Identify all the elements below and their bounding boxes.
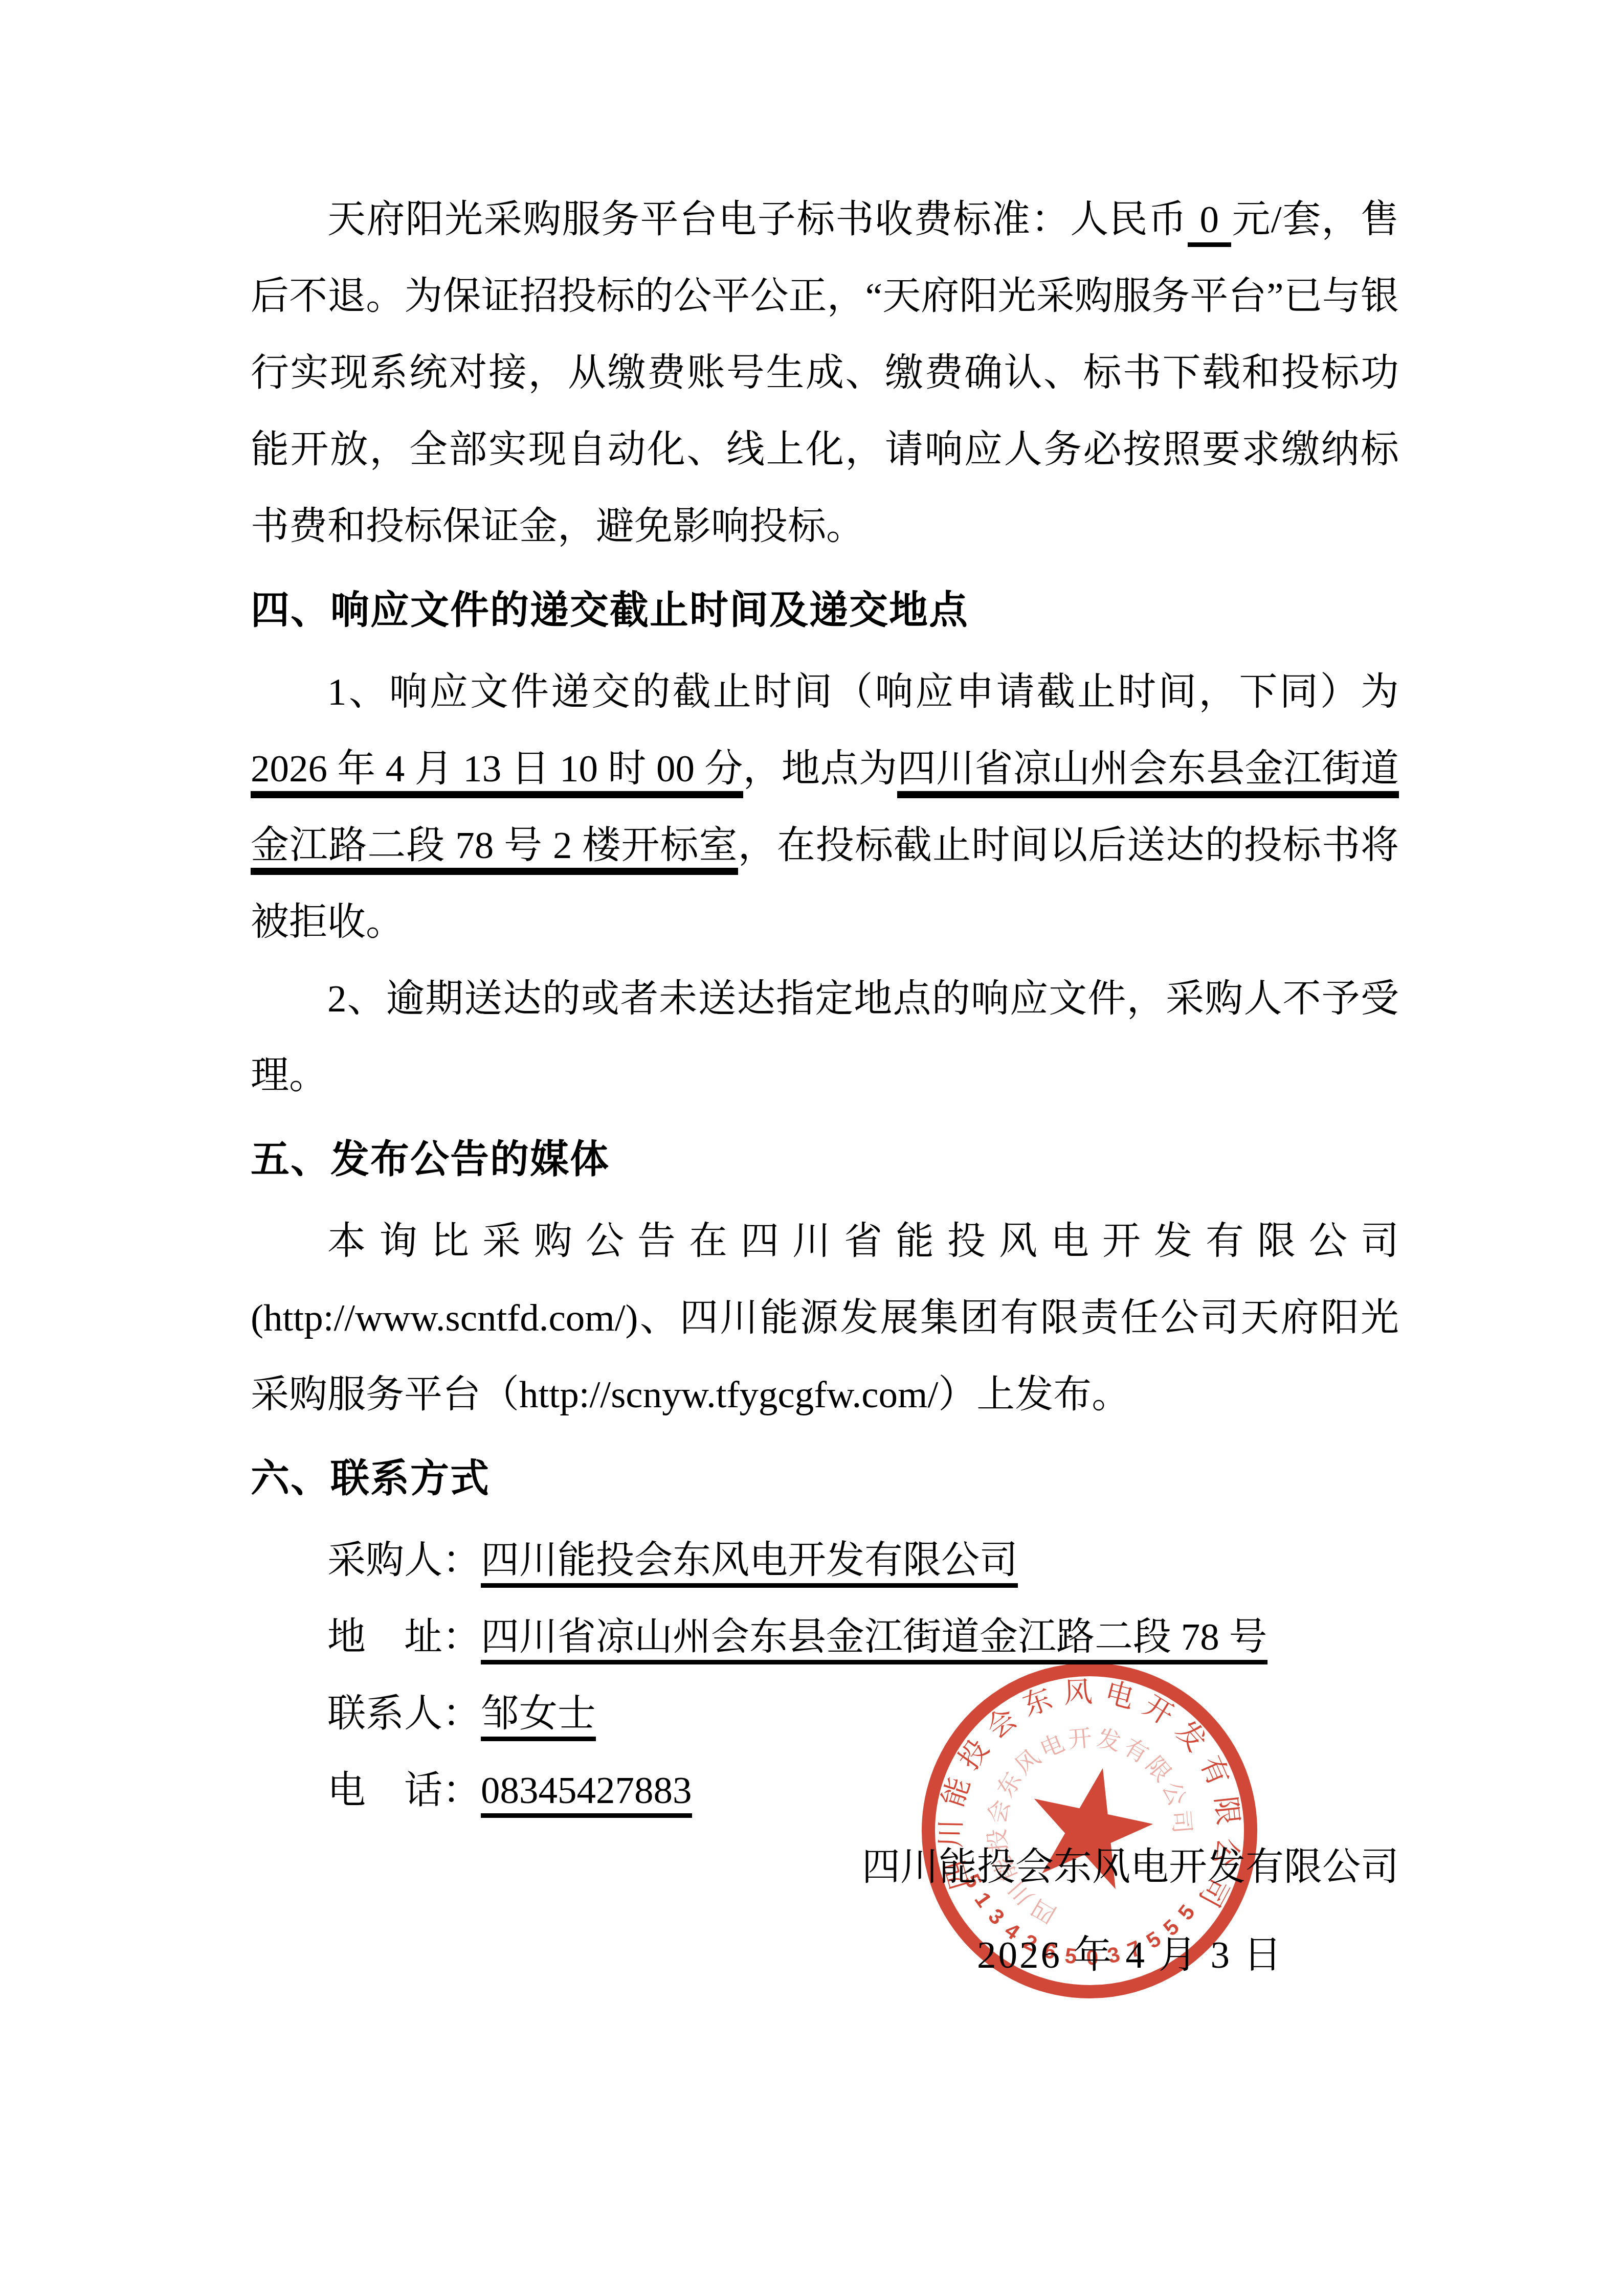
paragraph-late-delivery: 2、逾期送达的或者未送达指定地点的响应文件，采购人不予受理。 xyxy=(251,961,1399,1114)
phone-value: 08345427883 xyxy=(481,1769,692,1818)
signature-block: 四川能投会东风电开发有限公司 2026 年 4 月 3 日 xyxy=(862,1829,1399,1994)
paragraph-fee-notice: 天府阳光采购服务平台电子标书收费标准：人民币0元/套，售后不退。为保证招投标的公… xyxy=(251,182,1399,565)
purchaser-value: 四川能投会东风电开发有限公司 xyxy=(481,1539,1018,1588)
contact-person-value: 邹女士 xyxy=(481,1693,596,1741)
address-value: 四川省凉山州会东县金江街道金江路二段 78 号 xyxy=(481,1616,1267,1664)
signature-date: 2026 年 4 月 3 日 xyxy=(862,1917,1399,1994)
section-4-heading: 四、响应文件的递交截止时间及递交地点 xyxy=(251,572,1399,649)
document-content: 天府阳光采购服务平台电子标书收费标准：人民币0元/套，售后不退。为保证招投标的公… xyxy=(251,182,1399,1994)
contact-row-address: 地 址：四川省凉山州会东县金江街道金江路二段 78 号 xyxy=(327,1599,1399,1676)
section-5-heading: 五、发布公告的媒体 xyxy=(251,1121,1399,1198)
section-6-heading: 六、联系方式 xyxy=(251,1440,1399,1517)
document-page: 天府阳光采购服务平台电子标书收费标准：人民币0元/套，售后不退。为保证招投标的公… xyxy=(0,0,1624,2296)
signature-company: 四川能投会东风电开发有限公司 xyxy=(862,1829,1399,1906)
phone-label: 电 话： xyxy=(327,1769,481,1812)
deadline-lead: 1、响应文件递交的截止时间（响应申请截止时间，下同）为 xyxy=(327,671,1399,713)
contact-row-contact-person: 联系人：邹女士 xyxy=(327,1676,1399,1752)
contact-person-label: 联系人： xyxy=(327,1693,481,1735)
deadline-datetime-underlined: 2026 年 4 月 13 日 10 时 00 分 xyxy=(251,748,743,798)
purchaser-label: 采购人： xyxy=(327,1539,481,1582)
paragraph-deadline: 1、响应文件递交的截止时间（响应申请截止时间，下同）为2026 年 4 月 13… xyxy=(251,654,1399,961)
contact-row-phone: 电 话：08345427883 xyxy=(327,1752,1399,1829)
fee-amount-underlined: 0 xyxy=(1188,198,1232,247)
fee-notice-pre: 天府阳光采购服务平台电子标书收费标准：人民币 xyxy=(327,198,1188,241)
address-label: 地 址： xyxy=(327,1616,481,1658)
deadline-mid: ，地点为 xyxy=(743,748,898,790)
fee-notice-post: 元/套，售后不退。为保证招投标的公平公正，“天府阳光采购服务平台”已与银行实现系… xyxy=(251,198,1399,548)
paragraph-media: 本询比采购公告在四川省能投风电开发有限公司(http://www.scntfd.… xyxy=(251,1203,1399,1433)
contact-row-purchaser: 采购人：四川能投会东风电开发有限公司 xyxy=(327,1522,1399,1599)
